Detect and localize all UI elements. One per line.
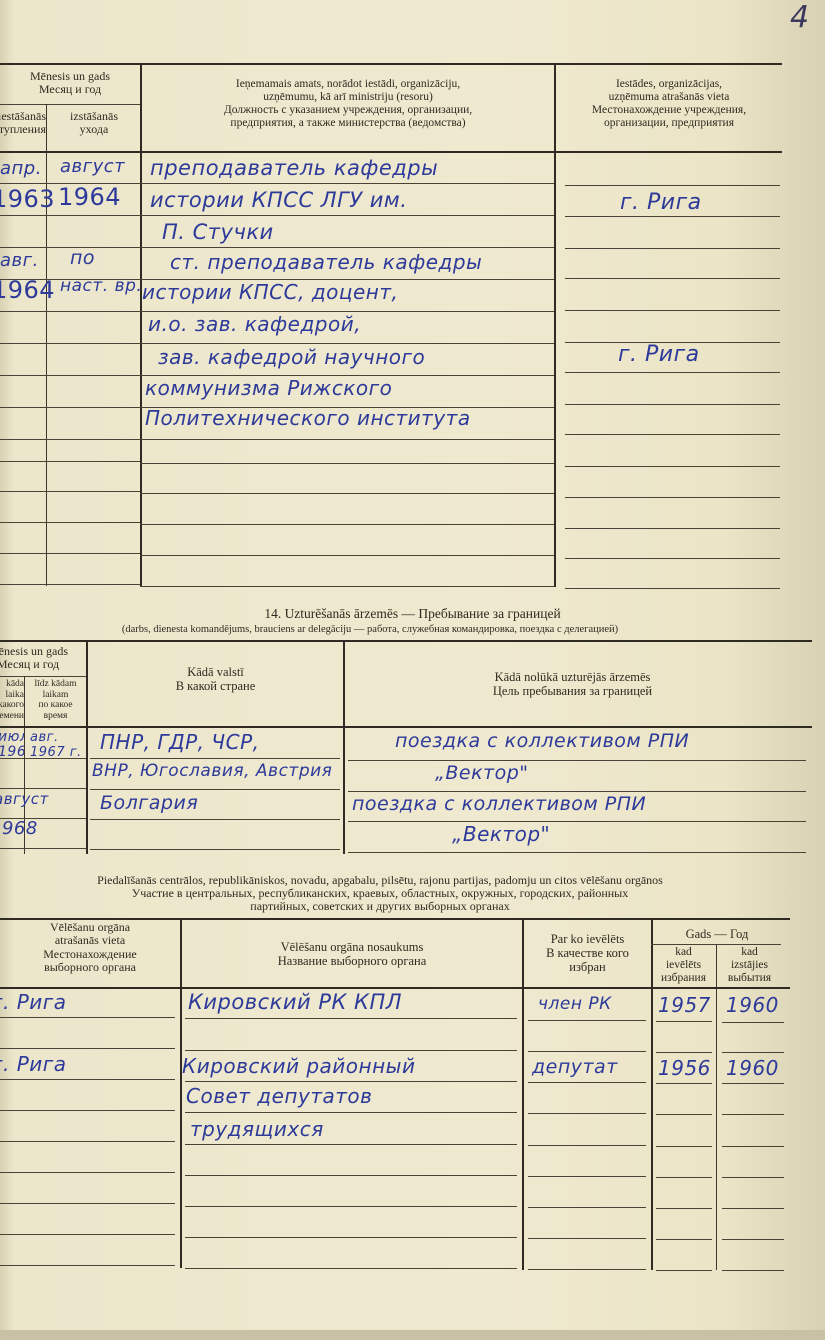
to-date: авг. 1967 г. — [30, 730, 86, 762]
left-year: 1960 — [726, 993, 779, 1017]
body-name-line: Кировский районный — [182, 1054, 415, 1078]
body-name-line: трудящихся — [190, 1117, 324, 1141]
position-line: Политехнического института — [145, 406, 471, 430]
left-year: 1960 — [726, 1056, 779, 1080]
position-line: П. Стучки — [162, 220, 274, 244]
start-month: авг. — [0, 250, 39, 271]
start-month: апр. — [0, 158, 42, 179]
purpose-line: „Вектор" — [452, 822, 550, 846]
body-name-line: Кировский РК КПЛ — [188, 990, 402, 1014]
position-line: и.о. зав. кафедрой, — [148, 312, 361, 336]
purpose-line: поездка с коллективом РПИ — [352, 793, 646, 815]
from-date: июль 1967 — [0, 730, 24, 762]
to-date: 1968 — [0, 818, 38, 839]
header-from: kāda laika с какого времени — [0, 679, 24, 722]
header-to: līdz kādam laikam по какое время — [25, 679, 86, 722]
header-position: Ieņemamais amats, norādot iestādi, organ… — [142, 78, 554, 130]
page-bottom-edge — [0, 1330, 825, 1340]
body-location: г. Рига — [0, 990, 67, 1014]
start-year: 1963 — [0, 185, 55, 213]
body-location: г. Рига — [0, 1052, 67, 1076]
section-title-ru: Участие в центральных, республиканских, … — [0, 887, 760, 914]
purpose-line: поездка с коллективом РПИ — [395, 730, 689, 752]
end-year: 1964 — [58, 183, 121, 211]
header-country: Kādā valstī В какой стране — [88, 665, 343, 693]
position-line: истории КПСС, доцент, — [142, 280, 398, 304]
header-location: Vēlēšanu orgāna atrašanās vieta Местонах… — [0, 921, 180, 975]
end-month: август — [60, 156, 125, 177]
country-line: Болгария — [100, 792, 198, 814]
elected-year: 1956 — [658, 1056, 711, 1080]
header-end: izstāšanās ухода — [48, 110, 140, 137]
header-start: iestāšanās поступления — [0, 110, 46, 137]
country-line: ВНР, Югославия, Австрия — [92, 761, 332, 781]
header-purpose: Kādā nolūkā uzturējās ārzemēs Цель пребы… — [345, 670, 800, 698]
location-value: г. Рига — [618, 342, 700, 367]
position-line: преподаватель кафедры — [150, 156, 438, 180]
header-name: Vēlēšanu orgāna nosaukums Название выбор… — [182, 940, 522, 968]
body-role: член РК — [538, 994, 612, 1014]
position-line: коммунизма Рижского — [145, 376, 392, 400]
header-location: Iestādes, organizācijas, uzņēmuma atraša… — [556, 78, 782, 130]
end-month: по — [70, 247, 95, 269]
body-role: депутат — [532, 1056, 618, 1078]
elected-year: 1957 — [658, 993, 711, 1017]
page-number: 4 — [790, 0, 809, 35]
header-date-group: Mēnesis un gads Месяц и год — [0, 645, 86, 672]
location-value: г. Рига — [620, 190, 702, 215]
header-date-group: Mēnesis un gads Месяц и год — [0, 70, 140, 97]
purpose-line: „Вектор" — [435, 762, 529, 784]
header-year-group: Gads — Год — [653, 927, 781, 941]
end-year: наст. вр. — [60, 276, 142, 296]
country-line: ПНР, ГДР, ЧСР, — [100, 730, 260, 754]
header-elected-year: kad ievēlēts избрания — [651, 946, 716, 985]
position-line: истории КПСС ЛГУ им. — [150, 188, 407, 212]
body-name-line: Совет депутатов — [186, 1084, 372, 1108]
section-title: 14. Uzturēšanās ārzemēs — Пребывание за … — [0, 606, 825, 621]
from-date: август — [0, 790, 78, 808]
header-left-year: kad izstājies выбытия — [718, 946, 781, 985]
position-line: ст. преподаватель кафедры — [170, 250, 482, 274]
start-year: 1964 — [0, 276, 55, 304]
section-subtitle: (darbs, dienesta komandējums, brauciens … — [0, 624, 740, 636]
position-line: зав. кафедрой научного — [158, 345, 425, 369]
header-role: Par ko ievēlēts В качестве кого избран — [524, 932, 651, 974]
